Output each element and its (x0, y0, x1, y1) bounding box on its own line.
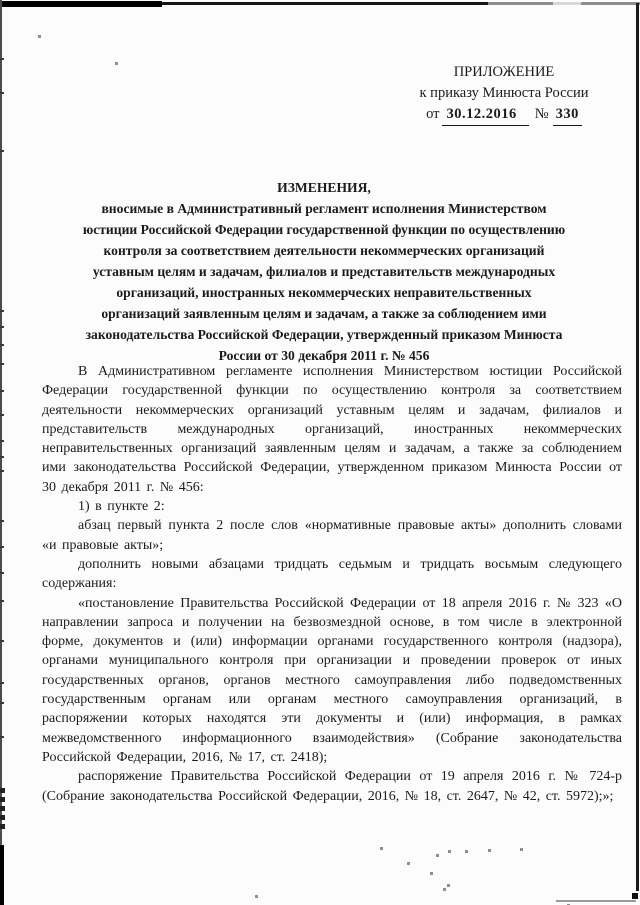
scan-tick-mark (0, 58, 4, 60)
scan-blob-mark (0, 806, 5, 811)
scan-tick-mark (0, 92, 4, 94)
document-body: В Административном регламенте исполнения… (42, 362, 622, 806)
scan-dust-speck (430, 872, 433, 875)
scan-dust-speck (38, 35, 41, 38)
scan-tick-mark (0, 682, 4, 684)
body-paragraph: В Административном регламенте исполнения… (42, 362, 622, 497)
stamp-subtitle: к приказу Минюста России (394, 83, 614, 104)
document-page: ПРИЛОЖЕНИЕ к приказу Минюста России от30… (0, 0, 640, 905)
scan-tick-mark (0, 736, 4, 738)
body-paragraph: абзац первый пункта 2 после слов «нормат… (42, 516, 622, 555)
scan-blob-mark (0, 788, 5, 793)
scan-tick-mark (0, 702, 4, 704)
scan-tick-mark (0, 363, 4, 365)
scan-tick-mark (0, 546, 4, 548)
scan-blob-mark (0, 824, 5, 829)
scan-dust-speck (115, 62, 118, 65)
scan-edge-top-gap (553, 2, 581, 5)
scan-tick-mark (0, 344, 4, 346)
body-paragraph: дополнить новыми абзацами тридцать седьм… (42, 555, 622, 594)
scan-edge-left (0, 0, 2, 905)
scan-dust-speck (255, 895, 258, 898)
scan-dust-speck (443, 888, 446, 891)
scan-dust-speck (447, 884, 450, 887)
scan-blob-mark (0, 797, 5, 802)
approval-stamp: ПРИЛОЖЕНИЕ к приказу Минюста России от30… (394, 62, 614, 126)
scan-dust-speck (380, 847, 383, 850)
scan-tick-mark (0, 600, 4, 602)
scan-tick-mark (0, 326, 4, 328)
scan-edge-left-bottom (0, 845, 4, 905)
scan-tick-mark (0, 414, 4, 416)
stamp-number-value: 330 (553, 104, 582, 126)
scan-tick-mark (0, 640, 4, 642)
stamp-date-line: от30.12.2016№330 (394, 104, 614, 126)
body-paragraph: распоряжение Правительства Российской Фе… (42, 767, 622, 806)
body-paragraph: «постановление Правительства Российской … (42, 594, 622, 768)
scan-tick-mark (0, 390, 4, 392)
scan-dust-speck (448, 850, 451, 853)
scan-tick-mark (0, 520, 4, 522)
scan-tick-mark (0, 470, 4, 472)
scan-dust-speck (407, 862, 410, 865)
stamp-date-value: 30.12.2016 (442, 104, 529, 126)
stamp-number-sign: № (535, 106, 549, 122)
scan-tick-mark (0, 310, 4, 312)
body-paragraph: 1) в пункте 2: (42, 497, 622, 516)
scan-edge-top-thick (0, 1, 162, 7)
scan-dust-speck (436, 854, 439, 857)
scan-edge-bottom-right (556, 900, 636, 902)
stamp-date-prefix: от (426, 106, 439, 122)
scan-blob-mark (0, 815, 5, 820)
scan-tick-mark (0, 150, 4, 152)
scan-tick-mark (0, 572, 4, 574)
stamp-title: ПРИЛОЖЕНИЕ (394, 62, 614, 83)
scan-dust-speck (488, 849, 491, 852)
scan-edge-right (636, 3, 639, 891)
scan-dust-speck (520, 848, 523, 851)
scan-edge-corner-mark (632, 893, 638, 899)
scan-tick-mark (0, 456, 4, 458)
scan-dust-speck (465, 850, 468, 853)
document-title: ИЗМЕНЕНИЯ, вносимые в Административный р… (28, 177, 620, 366)
scan-tick-mark (0, 440, 4, 442)
